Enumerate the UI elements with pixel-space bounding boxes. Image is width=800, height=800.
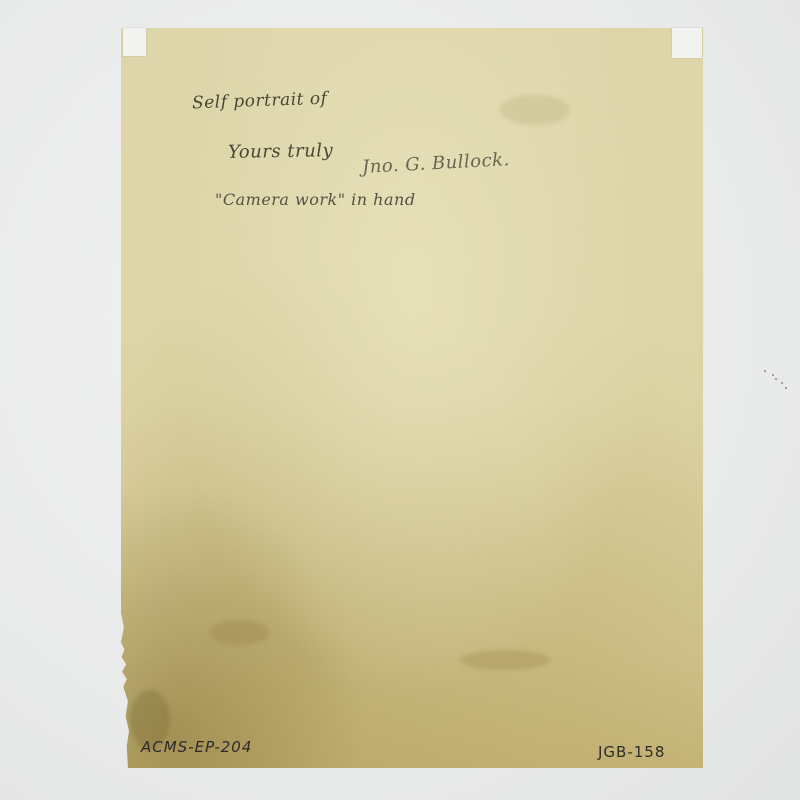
dust-speck xyxy=(785,387,787,389)
stain-spot xyxy=(210,620,270,645)
dust-speck xyxy=(772,374,774,376)
stain-spot xyxy=(500,95,570,125)
dust-speck xyxy=(764,370,766,372)
dust-speck xyxy=(775,378,777,380)
stain-spot xyxy=(460,650,550,670)
dust-speck xyxy=(781,382,783,384)
catalog-number-right: JGB-158 xyxy=(598,743,665,761)
tape-top-left xyxy=(123,28,146,56)
tape-top-right xyxy=(672,28,702,58)
catalog-number-left: ACMS-EP-204 xyxy=(141,738,252,756)
inscription-line-3: "Camera work" in hand xyxy=(215,190,416,209)
photo-card-back xyxy=(121,28,703,768)
inscription-line-2: Yours truly xyxy=(228,140,334,163)
